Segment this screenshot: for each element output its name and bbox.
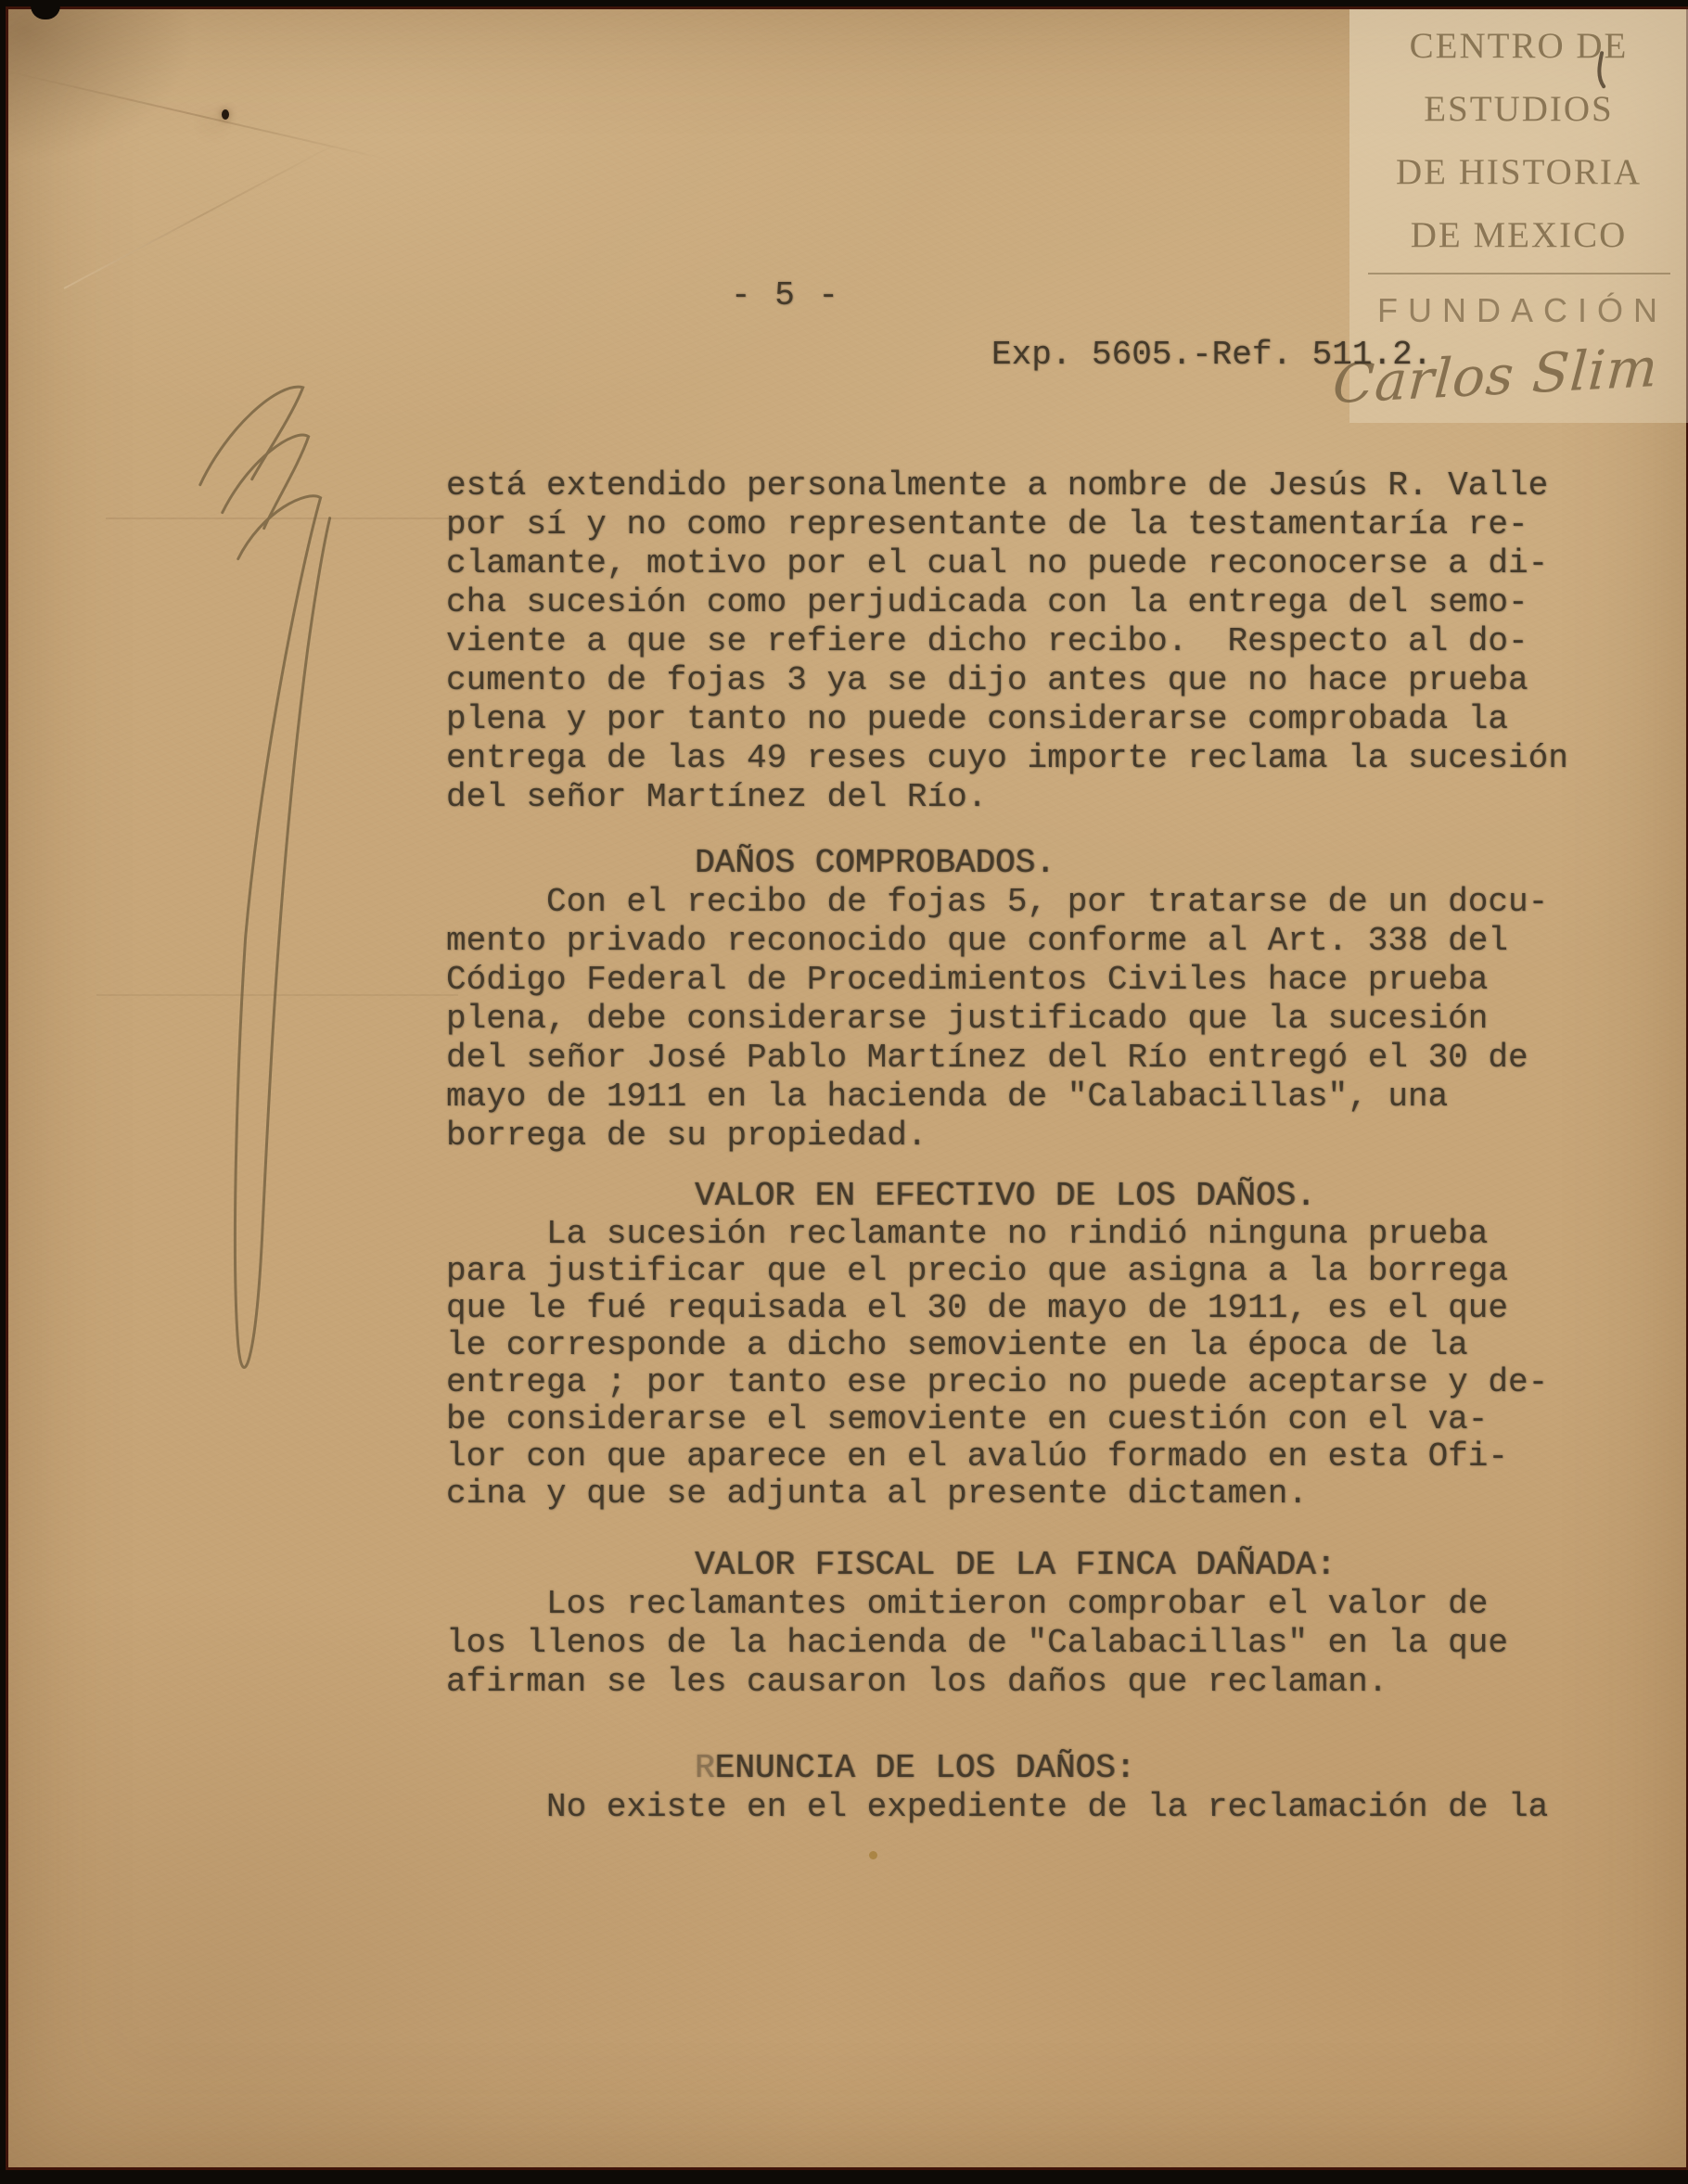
watermark-line: ESTUDIOS: [1349, 78, 1688, 141]
paper-edge-notch: [31, 6, 60, 19]
page-number: - 5 -: [731, 276, 840, 314]
file-reference: Exp. 5605.-Ref. 511.2.: [991, 336, 1432, 374]
paper-fold-line: [96, 994, 458, 996]
document-page: CENTRO DE ESTUDIOS DE HISTORIA DE MEXICO…: [8, 9, 1686, 2167]
paper-fold-line: [106, 517, 505, 519]
paper-crease: [0, 69, 388, 160]
watermark-line: CENTRO DE: [1349, 9, 1688, 78]
section-heading-danos-comprobados: DAÑOS COMPROBADOS.: [695, 844, 1633, 883]
watermark-divider: [1368, 273, 1670, 275]
watermark-foundation-label: FUNDACIÓN: [1349, 291, 1688, 330]
document-body: está extendido personalmente a nombre de…: [446, 466, 1633, 1827]
staple-hole: [222, 109, 229, 120]
paragraph: Con el recibo de fojas 5, por tratarse d…: [446, 883, 1633, 1156]
section-heading-valor-efectivo: VALOR EN EFECTIVO DE LOS DAÑOS.: [695, 1177, 1633, 1216]
section-heading-valor-fiscal: VALOR FISCAL DE LA FINCA DAÑADA:: [695, 1546, 1633, 1585]
scanned-document: CENTRO DE ESTUDIOS DE HISTORIA DE MEXICO…: [0, 0, 1688, 2184]
paper-speck: [869, 1851, 877, 1859]
paragraph: No existe en el expediente de la reclama…: [446, 1788, 1633, 1827]
paragraph: está extendido personalmente a nombre de…: [446, 466, 1633, 817]
paragraph: Los reclamantes omitieron comprobar el v…: [446, 1585, 1633, 1702]
paper-crease: [64, 139, 343, 288]
watermark-line: DE MEXICO: [1349, 204, 1688, 267]
paragraph: La sucesión reclamante no rindió ninguna…: [446, 1216, 1633, 1513]
section-heading-renuncia: RENUNCIA DE LOS DAÑOS:: [695, 1749, 1633, 1788]
watermark-line: DE HISTORIA: [1349, 141, 1688, 204]
